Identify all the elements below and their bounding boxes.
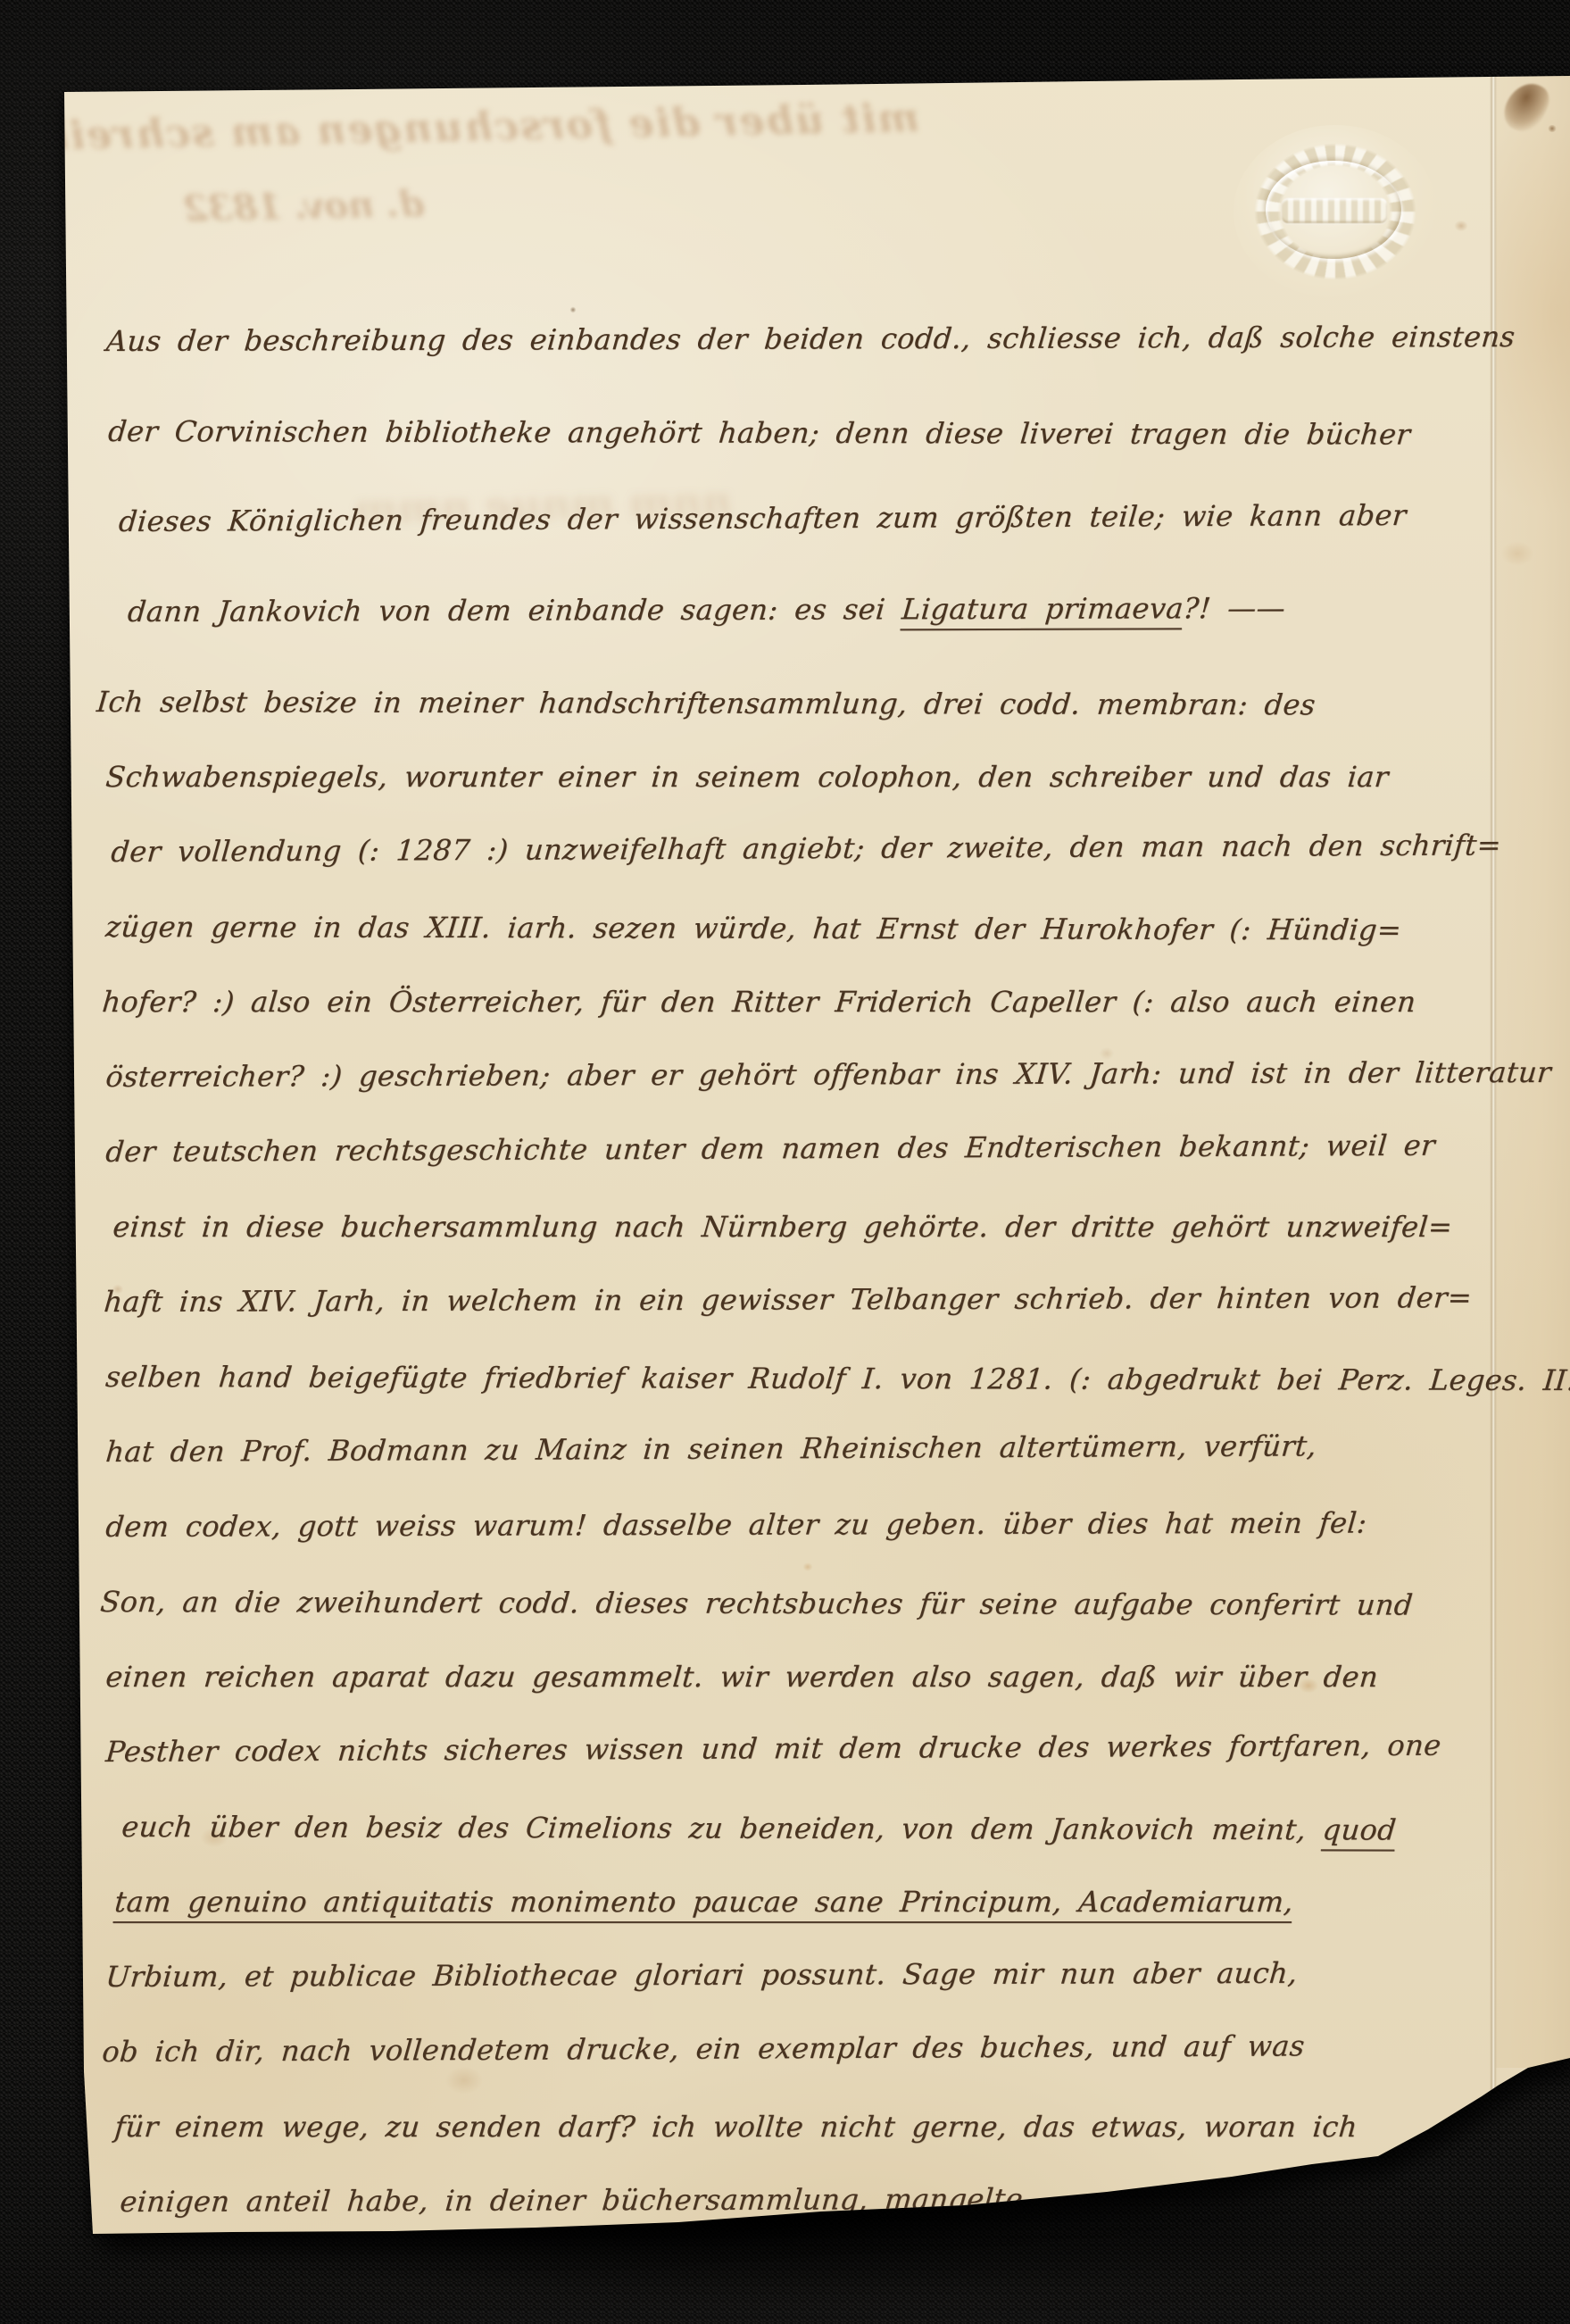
text-segment: dem codex, gott weiss warum! dasselbe al… <box>104 1506 1368 1544</box>
text-segment: Aus der beschreibung des einbandes der b… <box>105 320 1516 358</box>
manuscript-line: Pesther codex nichts sicheres wissen und… <box>103 1712 1504 1795</box>
letter-paper-sheet: mit über die forschungen am schreiber in… <box>0 0 1570 2324</box>
manuscript-line: selben hand beigefügte friedbrief kaiser… <box>102 1345 1502 1423</box>
manuscript-line: zügen gerne in das XIII. iarh. sezen wür… <box>102 895 1502 973</box>
scanned-manuscript-page: mit über die forschungen am schreiber in… <box>0 0 1570 2324</box>
underlined-phrase: quod <box>1321 1812 1398 1846</box>
paper-shadow-wrapper: mit über die forschungen am schreiber in… <box>0 0 1570 2324</box>
handwritten-letter-body: Aus der beschreibung des einbandes der b… <box>105 309 1499 2245</box>
manuscript-line: Son, an die zweihundert codd. dieses rec… <box>96 1570 1502 1648</box>
text-segment: zügen gerne in das XIII. iarh. sezen wür… <box>104 910 1403 947</box>
text-segment: der vollendung (: 1287 :) unzweifelhaft … <box>110 828 1503 869</box>
text-segment: Ich selbst besize in meiner handschrifte… <box>96 685 1317 721</box>
manuscript-line: Aus der beschreibung des einbandes der b… <box>102 304 1504 399</box>
embossed-seal-illegible-text-band <box>1282 198 1387 223</box>
text-segment: dieses Königlichen freundes der wissensc… <box>118 498 1408 538</box>
manuscript-line: einigen anteil habe, in deiner büchersam… <box>116 2165 1503 2245</box>
manuscript-line: einen reichen aparat dazu gesammelt. wir… <box>102 1645 1502 1720</box>
manuscript-line: dann Jankovich von dem einbande sagen: e… <box>123 575 1504 670</box>
text-segment: selben hand beigefügte friedbrief kaiser… <box>104 1360 1570 1397</box>
manuscript-line: einst in diese buchersammlung nach Nürnb… <box>109 1195 1502 1270</box>
embossed-seal <box>1239 130 1432 293</box>
manuscript-line: haft ins XIV. Jarh, in welchem in ein ge… <box>100 1265 1503 1345</box>
manuscript-line: der vollendung (: 1287 :) unzweifelhaft … <box>108 812 1504 895</box>
ink-blot-small-dot <box>1548 125 1557 132</box>
text-segment: Son, an die zweihundert codd. dieses rec… <box>99 1585 1415 1622</box>
text-segment: Urbium, et publicae Bibliothecae gloriar… <box>104 1956 1299 1994</box>
manuscript-line: dieses Königlichen freundes der wissensc… <box>114 482 1504 579</box>
manuscript-line: dem codex, gott weiss warum! dasselbe al… <box>102 1490 1503 1570</box>
bleedthrough-text-line-2: d. nov. 1832 <box>156 183 425 230</box>
text-segment: euch über den besiz des Cimelions zu ben… <box>120 1810 1325 1846</box>
text-segment: Pesther codex nichts sicheres wissen und… <box>104 1728 1442 1769</box>
manuscript-line: österreicher? :) geschrieben; aber er ge… <box>102 1040 1503 1120</box>
text-segment: der teutschen rechtsgeschichte unter dem… <box>104 1129 1437 1169</box>
text-segment: ob ich dir, nach vollendetem drucke, ein… <box>101 2028 1306 2069</box>
underlined-phrase: tam genuino antiquitatis monimento pauca… <box>113 1885 1295 1919</box>
underlined-phrase: Ligatura primaeva <box>901 591 1185 626</box>
text-segment: ?! —— <box>1182 591 1286 625</box>
text-segment: dann Jankovich von dem einbande sagen: e… <box>127 592 903 629</box>
text-segment: einen reichen aparat dazu gesammelt. wir… <box>104 1660 1380 1694</box>
text-segment: einigen anteil habe, in deiner büchersam… <box>119 2182 1034 2219</box>
manuscript-line: tam genuino antiquitatis monimento pauca… <box>111 1870 1502 1945</box>
manuscript-line: Urbium, et publicae Bibliothecae gloriar… <box>102 1940 1503 2020</box>
text-segment: für einem wege, zu senden darf? ich woll… <box>113 2110 1359 2144</box>
bleedthrough-text-line-1: mit über die forschungen am schreiber in… <box>134 96 920 157</box>
manuscript-line: für einem wege, zu senden darf? ich woll… <box>111 2095 1502 2170</box>
manuscript-line: der teutschen rechtsgeschichte unter dem… <box>103 1112 1504 1195</box>
manuscript-line: hofer? :) also ein Österreicher, für den… <box>98 970 1502 1045</box>
text-segment: einst in diese buchersammlung nach Nürnb… <box>112 1210 1454 1244</box>
manuscript-line: der Corvinischen bibliotheke angehört ha… <box>103 399 1503 493</box>
manuscript-line: Ich selbst besize in meiner handschrifte… <box>93 670 1502 748</box>
manuscript-line: Schwabenspiegels, worunter einer in sein… <box>102 745 1502 820</box>
text-segment: hofer? :) also ein Österreicher, für den… <box>101 985 1417 1019</box>
manuscript-line: ob ich dir, nach vollendetem drucke, ein… <box>99 2012 1504 2095</box>
text-segment: haft ins XIV. Jarh, in welchem in ein ge… <box>103 1280 1474 1319</box>
manuscript-line: hat den Prof. Bodmann zu Mainz in seinen… <box>103 1412 1504 1495</box>
text-segment: der Corvinischen bibliotheke angehört ha… <box>107 414 1412 452</box>
text-segment: hat den Prof. Bodmann zu Mainz in seinen… <box>104 1429 1318 1469</box>
manuscript-line: euch über den besiz des Cimelions zu ben… <box>118 1795 1502 1873</box>
text-segment: österreicher? :) geschrieben; aber er ge… <box>104 1055 1553 1094</box>
text-segment: Schwabenspiegels, worunter einer in sein… <box>104 760 1390 794</box>
